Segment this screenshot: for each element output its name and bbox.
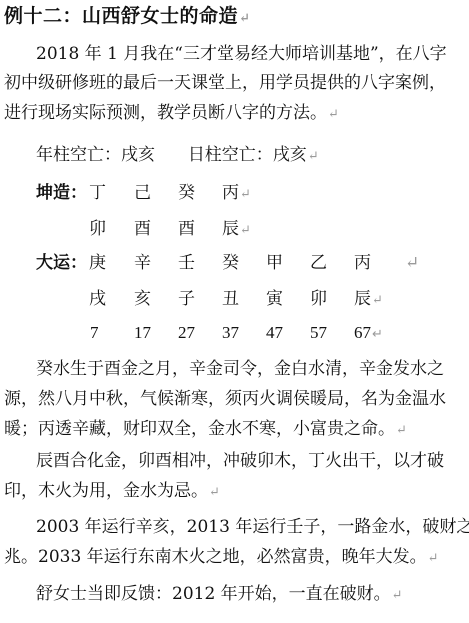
paragraph-mark-icon: ↵ xyxy=(328,107,339,122)
dayun-age-6: 57 xyxy=(310,323,327,343)
dayun-label: 大运： xyxy=(36,253,87,273)
paragraph-mark-icon: ↵ xyxy=(396,423,407,438)
year-kongwang-value: 戌亥 xyxy=(121,145,155,165)
kunzao-branch-1: 卯 xyxy=(89,219,106,239)
intro-line-3-wrap: 进行现场实际预测，教学员断八字的方法。↵ xyxy=(4,103,339,125)
kunzao-branch-2: 酉 xyxy=(134,219,151,239)
kunzao-stem-1: 丁 xyxy=(89,183,106,203)
kunzao-stem-2: 己 xyxy=(134,183,151,203)
paragraph-mark-icon: ↵ xyxy=(372,326,383,341)
para1-line-3-wrap: 暖；丙透辛藏，财印双全，金水不寒，小富贵之命。↵ xyxy=(4,419,407,441)
kunzao-branch-4-wrap: 辰↵ xyxy=(222,219,251,241)
para3-line-2-wrap: 兆。2033 年运行东南木火之地，必然富贵，晚年大发。↵ xyxy=(4,547,439,569)
paragraph-mark-icon: ↵ xyxy=(392,588,403,603)
paragraph-mark-icon: ↵ xyxy=(240,187,251,202)
paragraph-mark-icon: ↵ xyxy=(239,11,250,26)
para2-line-1: 辰酉合化金，卯酉相冲，冲破卯木，丁火出干，以才破 xyxy=(36,451,444,471)
dayun-branch-6: 卯 xyxy=(310,289,327,309)
paragraph-mark-icon: ↵ xyxy=(372,293,383,308)
dayun-age-5: 47 xyxy=(266,323,283,343)
paragraph-mark-icon: ↵ xyxy=(405,253,419,273)
dayun-branch-7-wrap: 辰↵ xyxy=(354,289,383,311)
dayun-branch-4: 丑 xyxy=(222,289,239,309)
dayun-age-1: 7 xyxy=(90,323,99,343)
kunzao-branch-4: 辰 xyxy=(222,219,239,239)
dayun-stem-3: 壬 xyxy=(178,253,195,273)
intro-line-1: 2018 年 1 月我在“三才堂易经大师培训基地”，在八字 xyxy=(36,44,447,64)
dayun-stem-7: 丙 xyxy=(354,253,371,273)
dayun-stem-4: 癸 xyxy=(222,253,239,273)
kunzao-stem-3: 癸 xyxy=(178,183,195,203)
para1-line-1: 癸水生于酉金之月，辛金司令，金白水清，辛金发水之 xyxy=(36,359,444,379)
para1-line-3: 暖；丙透辛藏，财印双全，金水不寒，小富贵之命。 xyxy=(4,419,395,439)
dayun-branch-7: 辰 xyxy=(354,289,371,309)
dayun-age-7: 67 xyxy=(354,323,371,342)
kongwang-row: 年柱空亡：戌亥 日柱空亡：戌亥↵ xyxy=(36,145,319,167)
dayun-branch-3: 子 xyxy=(178,289,195,309)
intro-line-3: 进行现场实际预测，教学员断八字的方法。 xyxy=(4,103,327,123)
dayun-age-3: 27 xyxy=(178,323,195,343)
paragraph-mark-icon: ↵ xyxy=(308,149,319,164)
intro-line-2: 初中级研修班的最后一天课堂上，用学员提供的八字案例， xyxy=(4,73,446,93)
para3-line-2: 兆。2033 年运行东南木火之地，必然富贵，晚年大发。 xyxy=(4,547,427,567)
para2-line-2-wrap: 印，木火为用，金水为忌。↵ xyxy=(4,481,220,503)
para2-line-2: 印，木火为用，金水为忌。 xyxy=(4,481,208,501)
paragraph-mark-icon: ↵ xyxy=(428,551,439,566)
page-title: 例十二：山西舒女士的命造↵ xyxy=(4,6,250,29)
paragraph-mark-icon: ↵ xyxy=(209,485,220,500)
paragraph-mark-icon: ↵ xyxy=(240,223,251,238)
dayun-stem-1: 庚 xyxy=(89,253,106,273)
dayun-age-4: 37 xyxy=(222,323,239,343)
day-kongwang-label: 日柱空亡： xyxy=(188,145,273,165)
para1-line-2: 源，然八月中秋，气候渐寒，须丙火调侯暖局，名为金温水 xyxy=(4,389,446,409)
dayun-stem-5: 甲 xyxy=(266,253,283,273)
dayun-age-7-wrap: 67↵ xyxy=(354,323,383,344)
para4-line-1: 舒女士当即反馈：2012 年开始，一直在破财。 xyxy=(36,584,391,604)
dayun-stem-2: 辛 xyxy=(134,253,151,273)
dayun-branch-2: 亥 xyxy=(134,289,151,309)
dayun-stem-6: 乙 xyxy=(310,253,327,273)
para3-line-1: 2003 年运行辛亥，2013 年运行壬子，一路金水，破财之 xyxy=(36,517,469,537)
kunzao-stem-4: 丙 xyxy=(222,183,239,203)
year-kongwang-label: 年柱空亡： xyxy=(36,145,121,165)
para4-line-1-wrap: 舒女士当即反馈：2012 年开始，一直在破财。↵ xyxy=(36,584,403,606)
kunzao-stem-4-wrap: 丙↵ xyxy=(222,183,251,205)
kunzao-branch-3: 酉 xyxy=(178,219,195,239)
title-text: 例十二：山西舒女士的命造 xyxy=(4,5,238,27)
dayun-branch-5: 寅 xyxy=(266,289,283,309)
dayun-branch-1: 戌 xyxy=(89,289,106,309)
day-kongwang-value: 戌亥 xyxy=(273,145,307,165)
kunzao-label: 坤造： xyxy=(36,183,87,203)
dayun-age-2: 17 xyxy=(134,323,151,343)
